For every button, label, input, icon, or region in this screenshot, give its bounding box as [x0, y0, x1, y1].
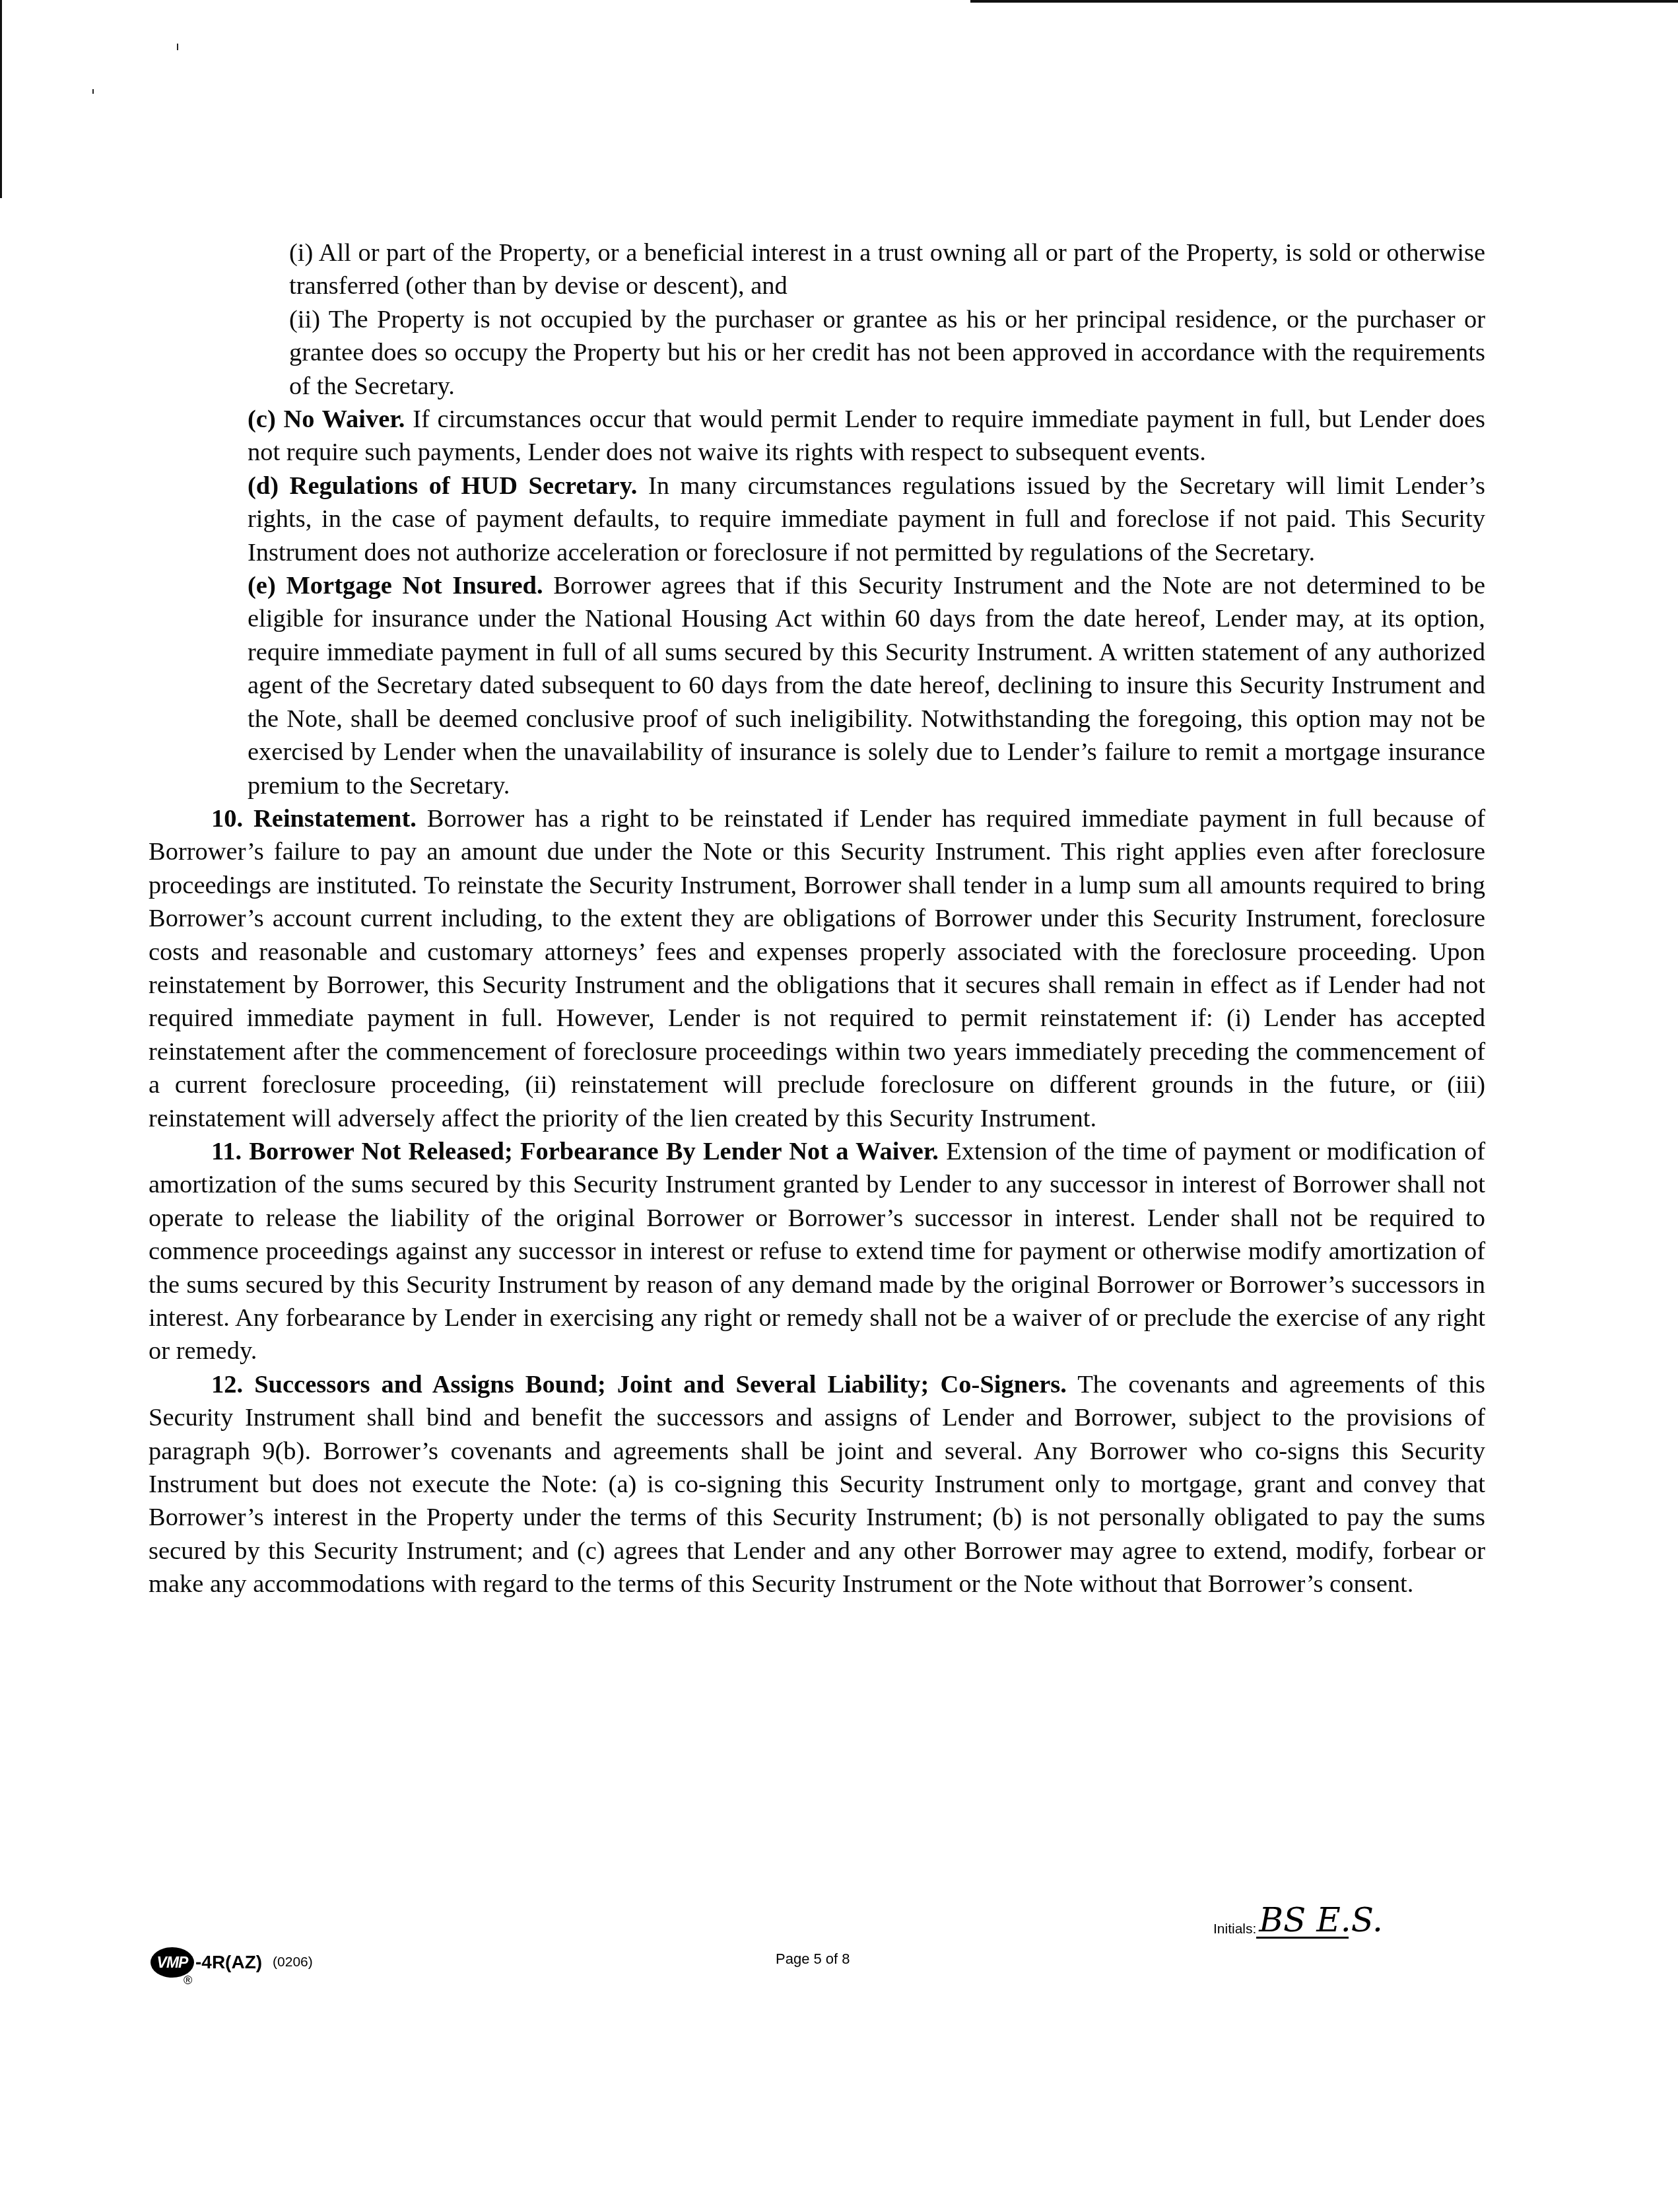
form-identifier: VMP ® -4R(AZ) (0206) — [151, 1943, 313, 1982]
clause-9b-i: (i) All or part of the Property, or a be… — [289, 236, 1485, 303]
section-heading: 10. Reinstatement. — [211, 805, 417, 833]
scan-edge-left — [0, 0, 2, 198]
clause-text: (i) All or part of the Property, or a be… — [289, 239, 1485, 300]
page-number: Page 5 of 8 — [776, 1951, 850, 1968]
document-page: (i) All or part of the Property, or a be… — [0, 0, 1678, 2212]
clause-heading: (c) No Waiver. — [248, 405, 405, 433]
section-11-borrower-not-released: 11. Borrower Not Released; Forbearance B… — [149, 1135, 1485, 1368]
form-code: -4R(AZ) — [195, 1952, 262, 1973]
section-text: Extension of the time of payment or modi… — [149, 1138, 1485, 1365]
form-date: (0206) — [273, 1954, 313, 1970]
clause-9b-ii: (ii) The Property is not occupied by the… — [289, 303, 1485, 403]
handwritten-initials: BS E.S. — [1259, 1901, 1383, 1939]
registered-mark: ® — [184, 1974, 191, 1987]
section-12-successors-assigns: 12. Successors and Assigns Bound; Joint … — [149, 1368, 1485, 1601]
initials-block: Initials: BS E.S. — [1213, 1896, 1349, 1943]
clause-9d-hud-regulations: (d) Regulations of HUD Secretary. In man… — [248, 469, 1485, 569]
scan-speck — [177, 44, 178, 50]
clause-heading: (e) Mortgage Not Insured. — [248, 572, 543, 600]
document-body: (i) All or part of the Property, or a be… — [149, 236, 1485, 1601]
section-heading: 11. Borrower Not Released; Forbearance B… — [211, 1138, 939, 1165]
logo-text: VMP — [157, 1954, 188, 1972]
clause-text: (ii) The Property is not occupied by the… — [289, 306, 1485, 400]
section-heading: 12. Successors and Assigns Bound; Joint … — [211, 1371, 1067, 1399]
scan-edge-top — [970, 0, 1678, 3]
section-text: Borrower has a right to be reinstated if… — [149, 805, 1485, 1132]
clause-heading: (d) Regulations of HUD Secretary. — [248, 472, 637, 500]
clause-text: Borrower agrees that if this Security In… — [248, 572, 1485, 799]
initials-field[interactable]: BS E.S. — [1256, 1894, 1349, 1939]
vmp-logo-icon: VMP ® — [151, 1947, 194, 1978]
clause-text: If circumstances occur that would permit… — [248, 405, 1485, 466]
scan-speck — [92, 89, 94, 94]
initials-label: Initials: — [1213, 1921, 1256, 1937]
section-10-reinstatement: 10. Reinstatement. Borrower has a right … — [149, 802, 1485, 1135]
section-text: The covenants and agreements of this Sec… — [149, 1371, 1485, 1598]
clause-9e-mortgage-not-insured: (e) Mortgage Not Insured. Borrower agree… — [248, 569, 1485, 802]
clause-9c-no-waiver: (c) No Waiver. If circumstances occur th… — [248, 403, 1485, 469]
